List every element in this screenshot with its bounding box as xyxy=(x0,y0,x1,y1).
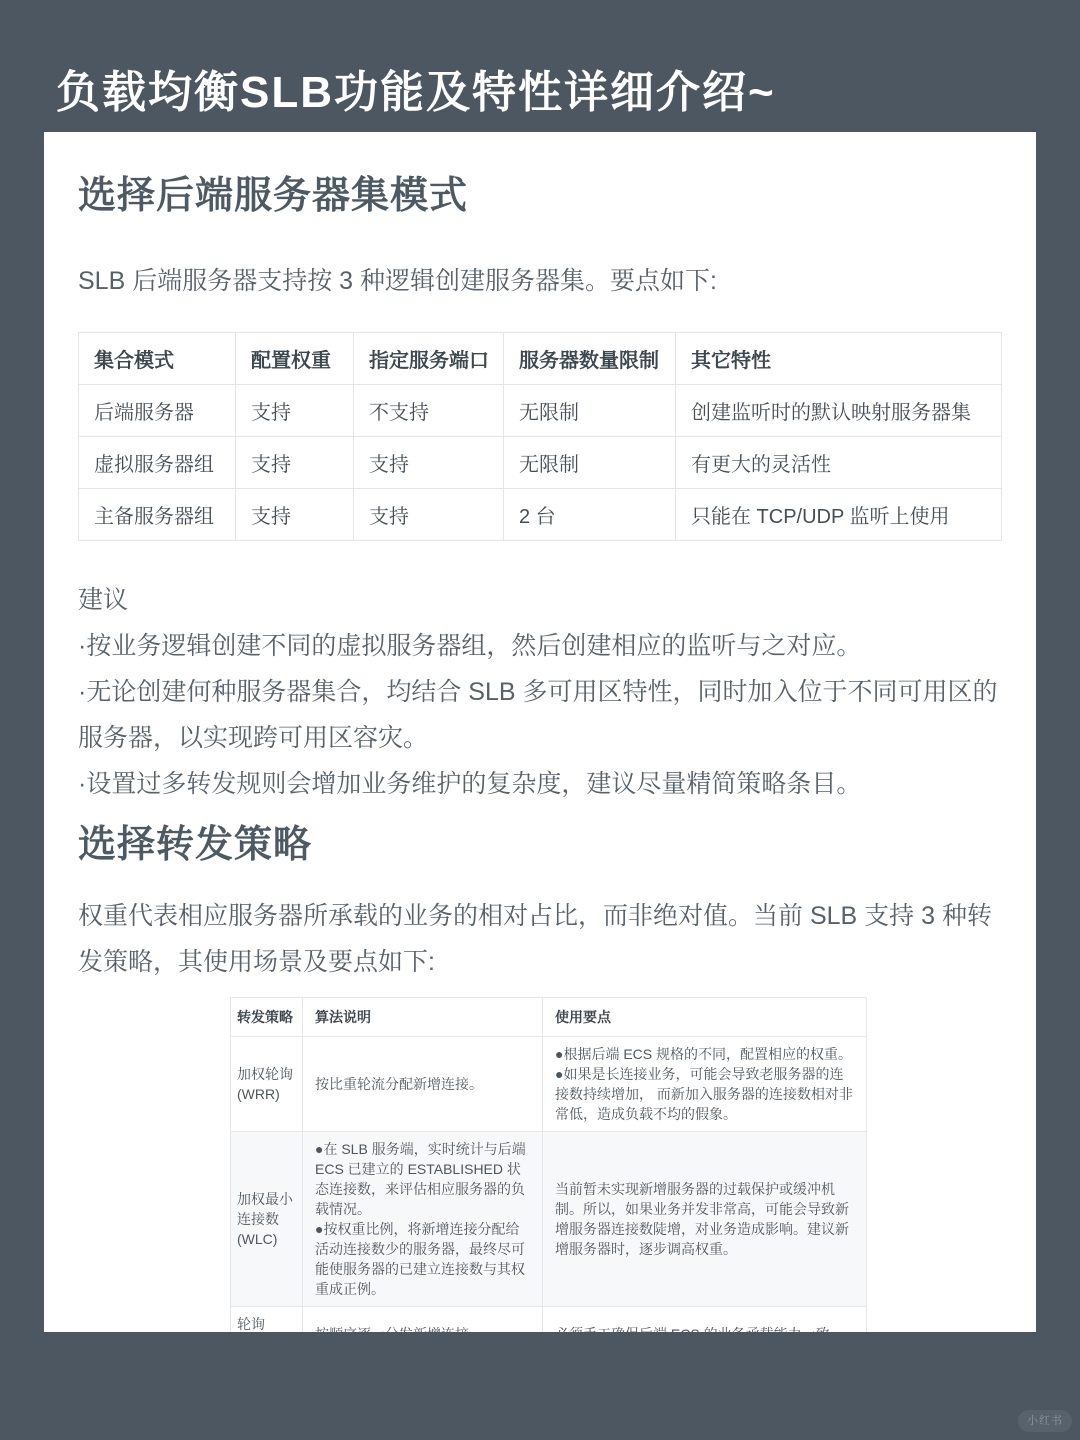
cell-text: 按顺序逐一分发新增连接。 xyxy=(315,1324,530,1332)
cell-text: ●按权重比例，将新增连接分配给活动连接数少的服务器，最终尽可能使服务器的已建立连… xyxy=(315,1219,530,1299)
column-header: 转发策略 xyxy=(231,998,303,1037)
page-frame: 负载均衡SLB功能及特性详细介绍~ 选择后端服务器集模式 SLB 后端服务器支持… xyxy=(0,0,1080,1440)
table-cell: ●根据后端 ECS 规格的不同，配置相应的权重。●如果是长连接业务，可能会导致老… xyxy=(543,1037,867,1132)
table-row: 加权轮询 (WRR)按比重轮流分配新增连接。●根据后端 ECS 规格的不同，配置… xyxy=(231,1037,867,1132)
table-cell: 按顺序逐一分发新增连接。 xyxy=(303,1307,543,1333)
section-heading-backend-sets: 选择后端服务器集模式 xyxy=(78,174,1002,218)
table-row: 主备服务器组支持支持2 台只能在 TCP/UDP 监听上使用 xyxy=(79,489,1002,541)
table-cell: 有更大的灵活性 xyxy=(676,437,1002,489)
advice-item: ·设置过多转发规则会增加业务维护的复杂度，建议尽量精简策略条目。 xyxy=(78,761,1002,807)
table-cell: 轮询 (RR) xyxy=(231,1307,303,1333)
advice-item: ·按业务逻辑创建不同的虚拟服务器组，然后创建相应的监听与之对应。 xyxy=(78,623,1002,669)
column-header: 服务器数量限制 xyxy=(504,333,676,385)
header-row: 集合模式配置权重指定服务端口服务器数量限制其它特性 xyxy=(79,333,1002,385)
table-cell: 支持 xyxy=(236,385,354,437)
table-cell: 支持 xyxy=(354,489,504,541)
table-cell: 不支持 xyxy=(354,385,504,437)
column-header: 配置权重 xyxy=(236,333,354,385)
advice-item: ·无论创建何种服务器集合，均结合 SLB 多可用区特性，同时加入位于不同可用区的… xyxy=(78,669,1002,761)
watermark-badge: 小红书 xyxy=(1018,1410,1072,1432)
table-cell: 后端服务器 xyxy=(79,385,236,437)
advice-title: 建议 xyxy=(78,577,1002,623)
table-row: 加权最小连接数 (WLC)●在 SLB 服务端，实时统计与后端 ECS 已建立的… xyxy=(231,1132,867,1307)
backend-sets-table: 集合模式配置权重指定服务端口服务器数量限制其它特性后端服务器支持不支持无限制创建… xyxy=(78,332,1002,541)
table-row: 轮询 (RR)按顺序逐一分发新增连接。必须手工确保后端 ECS 的业务承载能力一… xyxy=(231,1307,867,1333)
table-cell: 主备服务器组 xyxy=(79,489,236,541)
table-cell: 创建监听时的默认映射服务器集 xyxy=(676,385,1002,437)
column-header: 指定服务端口 xyxy=(354,333,504,385)
column-header: 算法说明 xyxy=(303,998,543,1037)
cell-text: ●如果是长连接业务，可能会导致老服务器的连接数持续增加， 而新加入服务器的连接数… xyxy=(555,1064,854,1124)
content-card: 选择后端服务器集模式 SLB 后端服务器支持按 3 种逻辑创建服务器集。要点如下… xyxy=(44,132,1036,1332)
table-cell: 虚拟服务器组 xyxy=(79,437,236,489)
table-cell: 加权最小连接数 (WLC) xyxy=(231,1132,303,1307)
table-cell: 必须手工确保后端 ECS 的业务承载能力一致。 xyxy=(543,1307,867,1333)
cell-text: 按比重轮流分配新增连接。 xyxy=(315,1074,530,1094)
table-row: 虚拟服务器组支持支持无限制有更大的灵活性 xyxy=(79,437,1002,489)
column-header: 使用要点 xyxy=(543,998,867,1037)
table-cell: 无限制 xyxy=(504,385,676,437)
header-row: 转发策略算法说明使用要点 xyxy=(231,998,867,1037)
cell-text: 当前暂未实现新增服务器的过载保护或缓冲机制。所以，如果业务并发非常高，可能会导致… xyxy=(555,1179,854,1259)
cell-text: ●在 SLB 服务端，实时统计与后端 ECS 已建立的 ESTABLISHED … xyxy=(315,1139,530,1219)
table-cell: ●在 SLB 服务端，实时统计与后端 ECS 已建立的 ESTABLISHED … xyxy=(303,1132,543,1307)
table-cell: 支持 xyxy=(354,437,504,489)
page-title: 负载均衡SLB功能及特性详细介绍~ xyxy=(56,56,776,120)
table-cell: 加权轮询 (WRR) xyxy=(231,1037,303,1132)
column-header: 其它特性 xyxy=(676,333,1002,385)
section-heading-forwarding-policy: 选择转发策略 xyxy=(78,823,1002,867)
table-row: 后端服务器支持不支持无限制创建监听时的默认映射服务器集 xyxy=(79,385,1002,437)
column-header: 集合模式 xyxy=(79,333,236,385)
forwarding-policy-intro: 权重代表相应服务器所承载的业务的相对占比，而非绝对值。当前 SLB 支持 3 种… xyxy=(78,893,1002,985)
table-cell: 当前暂未实现新增服务器的过载保护或缓冲机制。所以，如果业务并发非常高，可能会导致… xyxy=(543,1132,867,1307)
advice-block: 建议 ·按业务逻辑创建不同的虚拟服务器组，然后创建相应的监听与之对应。 ·无论创… xyxy=(78,577,1002,807)
backend-sets-intro: SLB 后端服务器支持按 3 种逻辑创建服务器集。要点如下: xyxy=(78,258,1002,304)
cell-text: ●根据后端 ECS 规格的不同，配置相应的权重。 xyxy=(555,1044,854,1064)
table-cell: 只能在 TCP/UDP 监听上使用 xyxy=(676,489,1002,541)
cell-text: 必须手工确保后端 ECS 的业务承载能力一致。 xyxy=(555,1324,854,1332)
forwarding-policy-table: 转发策略算法说明使用要点加权轮询 (WRR)按比重轮流分配新增连接。●根据后端 … xyxy=(230,997,867,1332)
table-cell: 支持 xyxy=(236,437,354,489)
table-cell: 按比重轮流分配新增连接。 xyxy=(303,1037,543,1132)
table-cell: 无限制 xyxy=(504,437,676,489)
table-cell: 支持 xyxy=(236,489,354,541)
table-cell: 2 台 xyxy=(504,489,676,541)
